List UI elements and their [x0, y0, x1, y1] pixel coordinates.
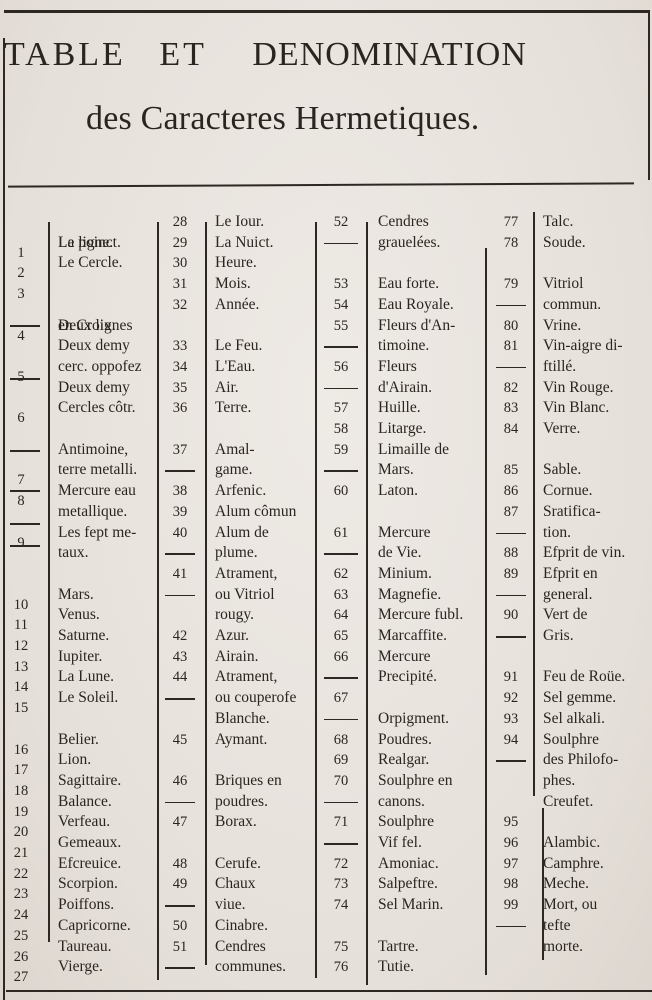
- character-number: 14: [6, 677, 36, 697]
- character-name: Mars.: [58, 585, 94, 605]
- character-number: 66: [322, 647, 360, 667]
- character-name: Magnefie.: [378, 585, 441, 605]
- character-name: L'Eau.: [215, 357, 255, 377]
- continuation-dash: [324, 553, 358, 555]
- group-divider: [10, 490, 40, 492]
- continuation-dash: [496, 636, 526, 638]
- character-number: 84: [494, 419, 528, 439]
- character-name: Cinabre.: [215, 916, 268, 936]
- character-name: Minium.: [378, 564, 432, 584]
- character-name: Efcreuice.: [58, 854, 121, 874]
- character-name: La Nuict.: [215, 233, 274, 253]
- character-name: canons.: [378, 792, 425, 812]
- continuation-dash: [165, 802, 195, 804]
- character-number: 15: [6, 698, 36, 718]
- character-name: tefte: [543, 916, 571, 936]
- character-name: Realgar.: [378, 750, 429, 770]
- character-number: 26: [6, 947, 36, 967]
- character-name: Vin-aigre di-: [543, 336, 623, 356]
- character-number: 27: [6, 967, 36, 987]
- character-name: tion.: [543, 523, 571, 543]
- character-number: 65: [322, 626, 360, 646]
- character-name: grauelées.: [378, 233, 440, 253]
- character-name: des Philofo-: [543, 750, 618, 770]
- character-number: 28: [163, 212, 197, 232]
- character-number: 31: [163, 274, 197, 294]
- character-name: Alum de: [215, 523, 269, 543]
- character-name: Aymant.: [215, 730, 267, 750]
- character-name: Le Iour.: [215, 212, 264, 232]
- character-name: Precipité.: [378, 667, 437, 687]
- character-number: 55: [322, 316, 360, 336]
- character-name: Iupiter.: [58, 647, 102, 667]
- character-name: plume.: [215, 543, 258, 563]
- character-number: 3: [6, 284, 36, 304]
- character-number: 36: [163, 398, 197, 418]
- character-name: Chaux: [215, 874, 255, 894]
- character-number: 46: [163, 771, 197, 791]
- character-number: 92: [494, 688, 528, 708]
- group-divider: [10, 545, 40, 547]
- bottom-rule: [6, 990, 652, 992]
- character-name: Alum cômun: [215, 502, 296, 522]
- character-number: 80: [494, 316, 528, 336]
- top-border-rule: [4, 10, 650, 13]
- character-name: La ligne.: [58, 233, 113, 253]
- character-name: taux.: [58, 543, 89, 563]
- character-number: 17: [6, 760, 36, 780]
- character-name: Marcaffite.: [378, 626, 447, 646]
- character-number: 25: [6, 926, 36, 946]
- character-name: Poiffons.: [58, 895, 114, 915]
- character-number: 91: [494, 667, 528, 687]
- continuation-dash: [324, 677, 358, 679]
- character-number: 1: [6, 243, 36, 263]
- character-name: viue.: [215, 895, 246, 915]
- character-number: 56: [322, 357, 360, 377]
- character-name: Sable.: [543, 460, 581, 480]
- character-name: Vin Blanc.: [543, 398, 609, 418]
- continuation-dash: [324, 802, 358, 804]
- character-name: Azur.: [215, 626, 249, 646]
- character-name: Les fept me-: [58, 523, 136, 543]
- character-name: Cendres: [378, 212, 429, 232]
- character-name: Année.: [215, 295, 259, 315]
- character-name: ou couperofe: [215, 688, 296, 708]
- character-name: Mois.: [215, 274, 251, 294]
- title-word-denomination: DENOMINATION: [252, 36, 527, 74]
- character-name: Vert de: [543, 605, 587, 625]
- character-number: 75: [322, 937, 360, 957]
- character-number: 79: [494, 274, 528, 294]
- col2-column-rule: [205, 222, 207, 965]
- character-number: 70: [322, 771, 360, 791]
- character-name: Cendres: [215, 937, 266, 957]
- character-name: Le Cercle.: [58, 253, 123, 273]
- character-number: 52: [322, 212, 360, 232]
- continuation-dash: [165, 470, 195, 472]
- character-name: Litarge.: [378, 419, 426, 439]
- title-word-table: TABLE: [4, 36, 126, 74]
- page: TABLE ET DENOMINATION des Caracteres Her…: [0, 0, 652, 1000]
- character-number: 78: [494, 233, 528, 253]
- character-name: Arfenic.: [215, 481, 266, 501]
- character-name: Salpeftre.: [378, 874, 438, 894]
- character-number: 13: [6, 657, 36, 677]
- continuation-dash: [324, 843, 358, 845]
- character-name: Gemeaux.: [58, 833, 121, 853]
- character-name: Vrine.: [543, 316, 581, 336]
- character-name: Belier.: [58, 730, 99, 750]
- title-word-et: ET: [159, 36, 207, 74]
- character-name: ftillé.: [543, 357, 576, 377]
- character-number: 94: [494, 730, 528, 750]
- continuation-dash: [165, 595, 195, 597]
- character-name: Limaille de: [378, 440, 449, 460]
- character-name: Creufet.: [543, 792, 593, 812]
- character-number: 12: [6, 636, 36, 656]
- character-name: Camphre.: [543, 854, 604, 874]
- character-name: Borax.: [215, 812, 257, 832]
- character-number: 10: [6, 595, 36, 615]
- character-name: La Lune.: [58, 667, 114, 687]
- col4-column-rule: [533, 212, 535, 796]
- group-divider: [10, 450, 40, 452]
- character-name: Mercure eau: [58, 481, 136, 501]
- character-number: 54: [322, 295, 360, 315]
- character-number: 38: [163, 481, 197, 501]
- character-name: Capricorne.: [58, 916, 131, 936]
- continuation-dash: [324, 719, 358, 721]
- character-number: 98: [494, 874, 528, 894]
- col3-column-rule: [366, 222, 368, 985]
- character-name: Sratifica-: [543, 502, 601, 522]
- character-name: Tartre.: [378, 937, 419, 957]
- character-number: 48: [163, 854, 197, 874]
- character-name: Vitriol: [543, 274, 583, 294]
- character-name: Taureau.: [58, 937, 112, 957]
- character-name: Le Soleil.: [58, 688, 118, 708]
- character-name: timoine.: [378, 336, 429, 356]
- character-name: Saturne.: [58, 626, 109, 646]
- character-name: Le Feu.: [215, 336, 262, 356]
- character-name: Cerufe.: [215, 854, 261, 874]
- continuation-dash: [496, 533, 526, 535]
- character-name: Talc.: [543, 212, 573, 232]
- character-number: 16: [6, 740, 36, 760]
- character-name: Mercure fubl.: [378, 605, 463, 625]
- character-name: Scorpion.: [58, 874, 118, 894]
- character-number: 44: [163, 667, 197, 687]
- continuation-dash: [324, 470, 358, 472]
- character-name: Cornue.: [543, 481, 593, 501]
- character-number: 37: [163, 440, 197, 460]
- character-number: 88: [494, 543, 528, 563]
- character-number: 64: [322, 605, 360, 625]
- character-number: 35: [163, 378, 197, 398]
- character-name: Amoniac.: [378, 854, 439, 874]
- character-number: 72: [322, 854, 360, 874]
- character-number: 77: [494, 212, 528, 232]
- character-name: Atrament,: [215, 564, 277, 584]
- character-name: Feu de Roüe.: [543, 667, 625, 687]
- character-name: poudres.: [215, 792, 268, 812]
- character-name: Cercles côtr.: [58, 398, 135, 418]
- character-name: cerc. oppofez: [58, 357, 141, 377]
- character-number: 96: [494, 833, 528, 853]
- character-name: general.: [543, 585, 592, 605]
- character-number: 33: [163, 336, 197, 356]
- character-name: Soulphre: [543, 730, 599, 750]
- character-name: en Croix.: [58, 316, 116, 336]
- character-number: 62: [322, 564, 360, 584]
- character-name: Mort, ou: [543, 895, 597, 915]
- character-name: Lion.: [58, 750, 91, 770]
- character-number: 18: [6, 781, 36, 801]
- character-name: Balance.: [58, 792, 112, 812]
- continuation-dash: [324, 346, 358, 348]
- character-number: 8: [6, 491, 36, 511]
- character-name: de Vie.: [378, 543, 422, 563]
- group-divider: [10, 325, 40, 327]
- character-number: 86: [494, 481, 528, 501]
- character-name: Sel gemme.: [543, 688, 616, 708]
- character-name: Verre.: [543, 419, 580, 439]
- character-number: 59: [322, 440, 360, 460]
- character-number: 50: [163, 916, 197, 936]
- continuation-dash: [496, 367, 526, 369]
- continuation-dash: [496, 595, 526, 597]
- character-name: Efprit en: [543, 564, 598, 584]
- character-number: 4: [6, 326, 36, 346]
- col4-column-rule: [485, 248, 487, 975]
- character-name: ou Vitriol: [215, 585, 275, 605]
- character-name: game.: [215, 460, 252, 480]
- character-name: Efprit de vin.: [543, 543, 625, 563]
- character-number: 34: [163, 357, 197, 377]
- character-number: 45: [163, 730, 197, 750]
- continuation-dash: [324, 388, 358, 390]
- left-border-rule: [3, 38, 5, 1000]
- character-number: 95: [494, 812, 528, 832]
- character-name: commun.: [543, 295, 601, 315]
- continuation-dash: [165, 905, 195, 907]
- character-number: 6: [6, 408, 36, 428]
- character-name: terre metalli.: [58, 460, 137, 480]
- character-name: Soulphre: [378, 812, 434, 832]
- character-number: 21: [6, 843, 36, 863]
- character-number: 61: [322, 523, 360, 543]
- continuation-dash: [165, 553, 195, 555]
- character-number: 23: [6, 884, 36, 904]
- character-name: Fleurs: [378, 357, 417, 377]
- character-number: 41: [163, 564, 197, 584]
- character-number: 76: [322, 957, 360, 977]
- character-name: rougy.: [215, 605, 254, 625]
- character-name: Terre.: [215, 398, 251, 418]
- character-name: Amal-: [215, 440, 255, 460]
- character-name: Huille.: [378, 398, 421, 418]
- character-name: Briques en: [215, 771, 282, 791]
- character-number: 68: [322, 730, 360, 750]
- character-number: 2: [6, 263, 36, 283]
- character-name: Orpigment.: [378, 709, 449, 729]
- character-name: Laton.: [378, 481, 418, 501]
- character-number: 24: [6, 905, 36, 925]
- character-name: Blanche.: [215, 709, 270, 729]
- continuation-dash: [165, 967, 195, 969]
- continuation-dash: [165, 698, 195, 700]
- character-number: 7: [6, 470, 36, 490]
- character-number: 99: [494, 895, 528, 915]
- character-name: Mars.: [378, 460, 414, 480]
- page-title: TABLE ET DENOMINATION: [4, 36, 652, 74]
- character-name: Deux demy: [58, 378, 130, 398]
- character-name: Alambic.: [543, 833, 600, 853]
- character-number: 71: [322, 812, 360, 832]
- character-number: 83: [494, 398, 528, 418]
- character-number: 40: [163, 523, 197, 543]
- character-name: metallique.: [58, 502, 127, 522]
- character-number: 81: [494, 336, 528, 356]
- col3-column-rule: [315, 222, 317, 978]
- character-number: 5: [6, 367, 36, 387]
- character-name: Airain.: [215, 647, 258, 667]
- character-name: Mercure: [378, 647, 431, 667]
- character-number: 43: [163, 647, 197, 667]
- character-number: 29: [163, 233, 197, 253]
- continuation-dash: [496, 760, 526, 762]
- character-name: Mercure: [378, 523, 431, 543]
- character-number: 39: [163, 502, 197, 522]
- character-name: d'Airain.: [378, 378, 432, 398]
- character-number: 53: [322, 274, 360, 294]
- character-number: 93: [494, 709, 528, 729]
- character-number: 51: [163, 937, 197, 957]
- group-divider: [10, 523, 40, 525]
- character-name: Eau Royale.: [378, 295, 454, 315]
- character-number: 73: [322, 874, 360, 894]
- character-name: Antimoine,: [58, 440, 128, 460]
- character-name: Verfeau.: [58, 812, 110, 832]
- character-number: 30: [163, 253, 197, 273]
- character-name: Vif fel.: [378, 833, 422, 853]
- character-name: communes.: [215, 957, 286, 977]
- continuation-dash: [496, 305, 526, 307]
- character-name: Sagittaire.: [58, 771, 121, 791]
- character-number: 74: [322, 895, 360, 915]
- character-name: Sel alkali.: [543, 709, 605, 729]
- character-name: Vin Rouge.: [543, 378, 614, 398]
- character-name: Meche.: [543, 874, 589, 894]
- character-name: Air.: [215, 378, 239, 398]
- character-number: 9: [6, 533, 36, 553]
- character-name: Eau forte.: [378, 274, 439, 294]
- character-name: Gris.: [543, 626, 574, 646]
- header-divider-rule: [8, 182, 634, 187]
- character-number: 90: [494, 605, 528, 625]
- character-name: morte.: [543, 937, 583, 957]
- character-name: Heure.: [215, 253, 257, 273]
- continuation-dash: [496, 926, 526, 928]
- continuation-dash: [324, 243, 358, 245]
- character-number: 67: [322, 688, 360, 708]
- character-number: 60: [322, 481, 360, 501]
- character-name: Deux demy: [58, 336, 130, 356]
- character-number: 97: [494, 854, 528, 874]
- character-name: Soude.: [543, 233, 586, 253]
- character-name: Atrament,: [215, 667, 277, 687]
- character-number: 87: [494, 502, 528, 522]
- character-name: Tutie.: [378, 957, 414, 977]
- col1-column-rule: [48, 222, 50, 942]
- character-number: 22: [6, 864, 36, 884]
- character-number: 82: [494, 378, 528, 398]
- character-name: Vierge.: [58, 957, 103, 977]
- character-number: 32: [163, 295, 197, 315]
- character-number: 49: [163, 874, 197, 894]
- character-number: 63: [322, 585, 360, 605]
- character-number: 57: [322, 398, 360, 418]
- page-subtitle: des Caracteres Hermetiques.: [86, 100, 479, 138]
- character-number: 89: [494, 564, 528, 584]
- character-number: 69: [322, 750, 360, 770]
- character-name: Fleurs d'An-: [378, 316, 455, 336]
- character-name: Venus.: [58, 605, 100, 625]
- character-number: 11: [6, 615, 36, 635]
- character-name: Sel Marin.: [378, 895, 443, 915]
- character-number: 58: [322, 419, 360, 439]
- character-name: Soulphre en: [378, 771, 452, 791]
- character-name: Poudres.: [378, 730, 432, 750]
- character-number: 42: [163, 626, 197, 646]
- character-number: 20: [6, 822, 36, 842]
- character-number: 47: [163, 812, 197, 832]
- character-number: 19: [6, 802, 36, 822]
- group-divider: [10, 378, 40, 380]
- character-number: 85: [494, 460, 528, 480]
- character-name: phes.: [543, 771, 575, 791]
- col2-column-rule: [157, 222, 159, 980]
